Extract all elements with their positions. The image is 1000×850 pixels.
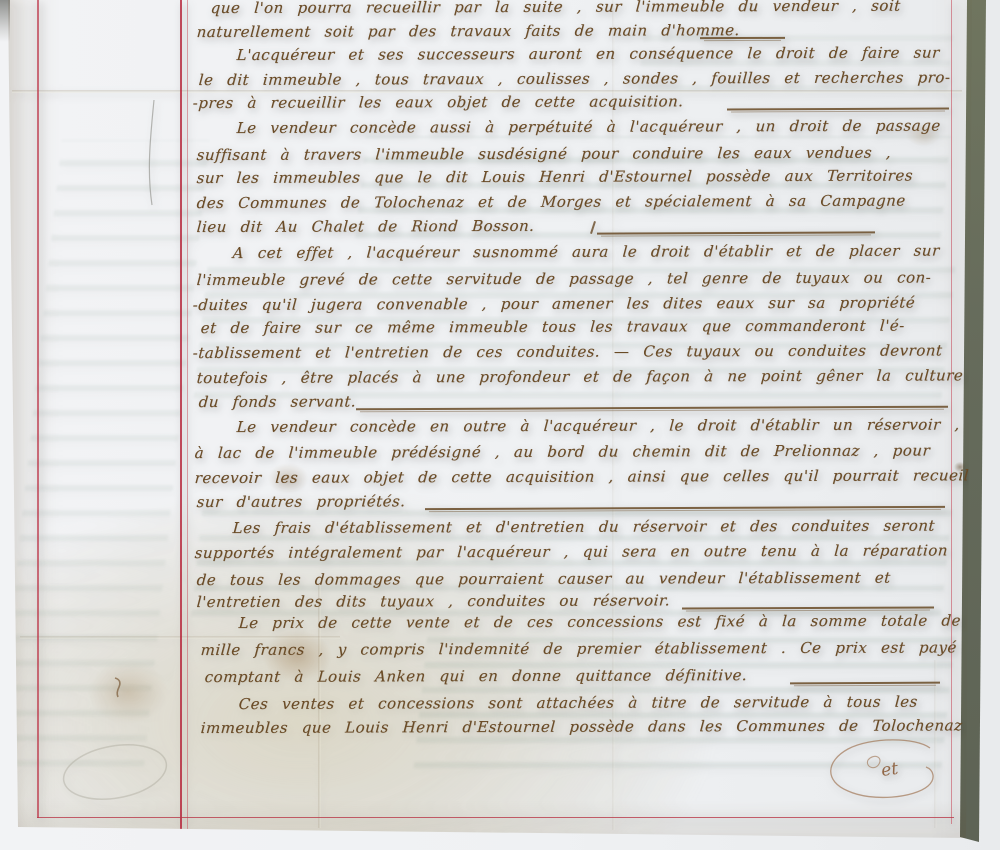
manuscript-line-24: de tous les dommages que pourraient caus… [196,568,891,591]
manuscript-line-17: du fonds servant. [198,391,357,413]
manuscript-paper: que l'on pourra recueillir par la suite … [0,0,1000,850]
flourish-loop [867,756,880,767]
manuscript-line-15: -tablissement et l'entretien de ces cond… [192,340,943,364]
manuscript-line-29: Ces ventes et concessions sont attachées… [238,692,918,715]
manuscript-line-9: des Communes de Tolochenaz et de Morges … [196,191,906,214]
manuscript-line-25: l'entretien des dits tuyaux , conduites … [196,590,671,613]
manuscript-line-14: et de faire sur ce même immeuble tous le… [200,316,905,339]
manuscript-line-8: sur les immeubles que le dit Louis Henri… [196,166,914,189]
catchword-flourish: et [818,736,948,808]
manuscript-line-27: mille francs , y compris l'indemnité de … [200,637,958,661]
manuscript-line-1: que l'on pourra recueillir par la suite … [210,0,901,19]
manuscript-line-6: Le vendeur concède aussi à perpétuité à … [236,116,941,139]
catchword-text: et [880,759,900,781]
paragraph-end-rule [727,108,949,111]
manuscript-line-2: naturellement soit par des travaux faits… [196,20,741,43]
manuscript-line-16: toutefois , être placés à une profondeur… [196,365,964,389]
manuscript-line-21: sur d'autres propriétés. [196,491,406,513]
manuscript-line-12: l'immeuble grevé de cette servitude de p… [196,267,932,291]
manuscript-line-5: -pres à recueillir les eaux objet de cet… [192,91,684,114]
manuscript-line-10: lieu dit Au Chalet de Riond Bosson. [196,216,535,238]
manuscript-line-3: L'acquéreur et ses successeurs auront en… [236,43,940,66]
manuscript-line-7: suffisant à travers l'immeuble susdésign… [196,143,892,166]
manuscript-line-23: supportés intégralement par l'acquéreur … [194,540,949,564]
paragraph-end-rule [356,406,948,411]
manuscript-line-19: à lac de l'immeuble prédésigné , au bord… [194,440,931,464]
paragraph-end-rule [790,682,940,685]
manuscript-line-13: -duites qu'il jugera convenable , pour a… [192,292,916,316]
manuscript-line-28: comptant à Louis Anken qui en donne quit… [204,665,748,688]
rule-start-tick [590,221,596,234]
handwritten-text-block: que l'on pourra recueillir par la suite … [0,0,1000,850]
manuscript-line-22: Les frais d'établissement et d'entretien… [232,516,936,539]
scanned-manuscript-page: que l'on pourra recueillir par la suite … [0,0,1000,850]
paragraph-end-rule [597,231,875,234]
paragraph-end-rule [700,37,785,39]
manuscript-line-11: A cet effet , l'acquéreur susnommé aura … [232,241,940,264]
manuscript-line-4: le dit immeuble , tous travaux , couliss… [198,67,951,91]
paragraph-end-rule [425,506,945,510]
paragraph-end-rule [682,606,934,609]
manuscript-line-26: Le prix de cette vente et de ces concess… [238,610,1000,634]
manuscript-line-20: recevoir les eaux objet de cette acquisi… [194,465,988,489]
manuscript-line-18: Le vendeur concède en outre à l'acquéreu… [236,414,960,438]
